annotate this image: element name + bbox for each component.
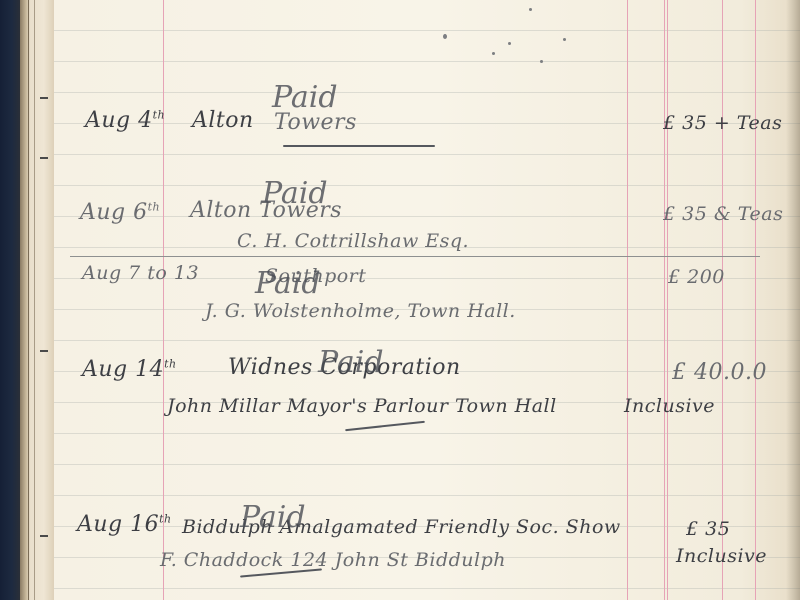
entry-date: Aug 6th xyxy=(80,200,160,225)
entry-contact: J. G. Wolstenholme, Town Hall. xyxy=(205,300,516,322)
margin-tick xyxy=(40,535,48,537)
entry-contact: John Millar Mayor's Parlour Town Hall xyxy=(167,395,557,417)
page-right-edge xyxy=(786,0,800,600)
entry-contact: C. H. Cottrillshaw Esq. xyxy=(237,230,469,252)
entry-date: Aug 14th xyxy=(82,357,177,382)
entry-fee: £ 35 + Teas xyxy=(663,112,782,134)
margin-tick xyxy=(40,97,48,99)
entry-contact-note: Inclusive xyxy=(676,545,767,567)
entry-venue: Alton xyxy=(192,108,254,133)
entry-contact-note: Inclusive xyxy=(624,395,715,417)
ink-spot xyxy=(563,38,566,41)
page-edge-line xyxy=(34,0,35,600)
stamp-underline xyxy=(283,145,435,147)
entry-fee: £ 35 & Teas xyxy=(663,203,783,225)
entry-contact: F. Chaddock 124 John St Biddulph xyxy=(160,549,506,571)
entry-fee: £ 200 xyxy=(668,266,725,288)
entry-separator xyxy=(70,256,760,257)
margin-tick xyxy=(40,350,48,352)
column-rule xyxy=(755,0,756,600)
paid-stamp: Paid xyxy=(262,176,328,211)
column-rule xyxy=(722,0,723,600)
ink-spot xyxy=(529,8,532,11)
entry-date: Aug 4th xyxy=(85,108,165,133)
entry-date: Aug 16th xyxy=(77,512,172,537)
entry-date: Aug 7 to 13 xyxy=(82,262,199,284)
entry-fee: £ 35 xyxy=(686,518,730,540)
entry-fee: £ 40.0.0 xyxy=(672,360,767,385)
paid-stamp: Paid xyxy=(240,500,306,535)
margin-tick xyxy=(40,157,48,159)
page-edge-line xyxy=(28,0,29,600)
page-edges xyxy=(20,0,54,600)
ink-spot xyxy=(443,34,447,39)
paid-stamp: Paid xyxy=(272,80,338,115)
ink-spot xyxy=(540,60,543,63)
ink-spot xyxy=(508,42,511,45)
book-binding xyxy=(0,0,20,600)
column-rule xyxy=(627,0,628,600)
ink-spot xyxy=(492,52,495,55)
paid-stamp: Paid xyxy=(255,266,321,301)
paid-stamp: Paid xyxy=(318,345,384,380)
margin-rule xyxy=(163,0,164,600)
column-rule-double xyxy=(664,0,665,600)
